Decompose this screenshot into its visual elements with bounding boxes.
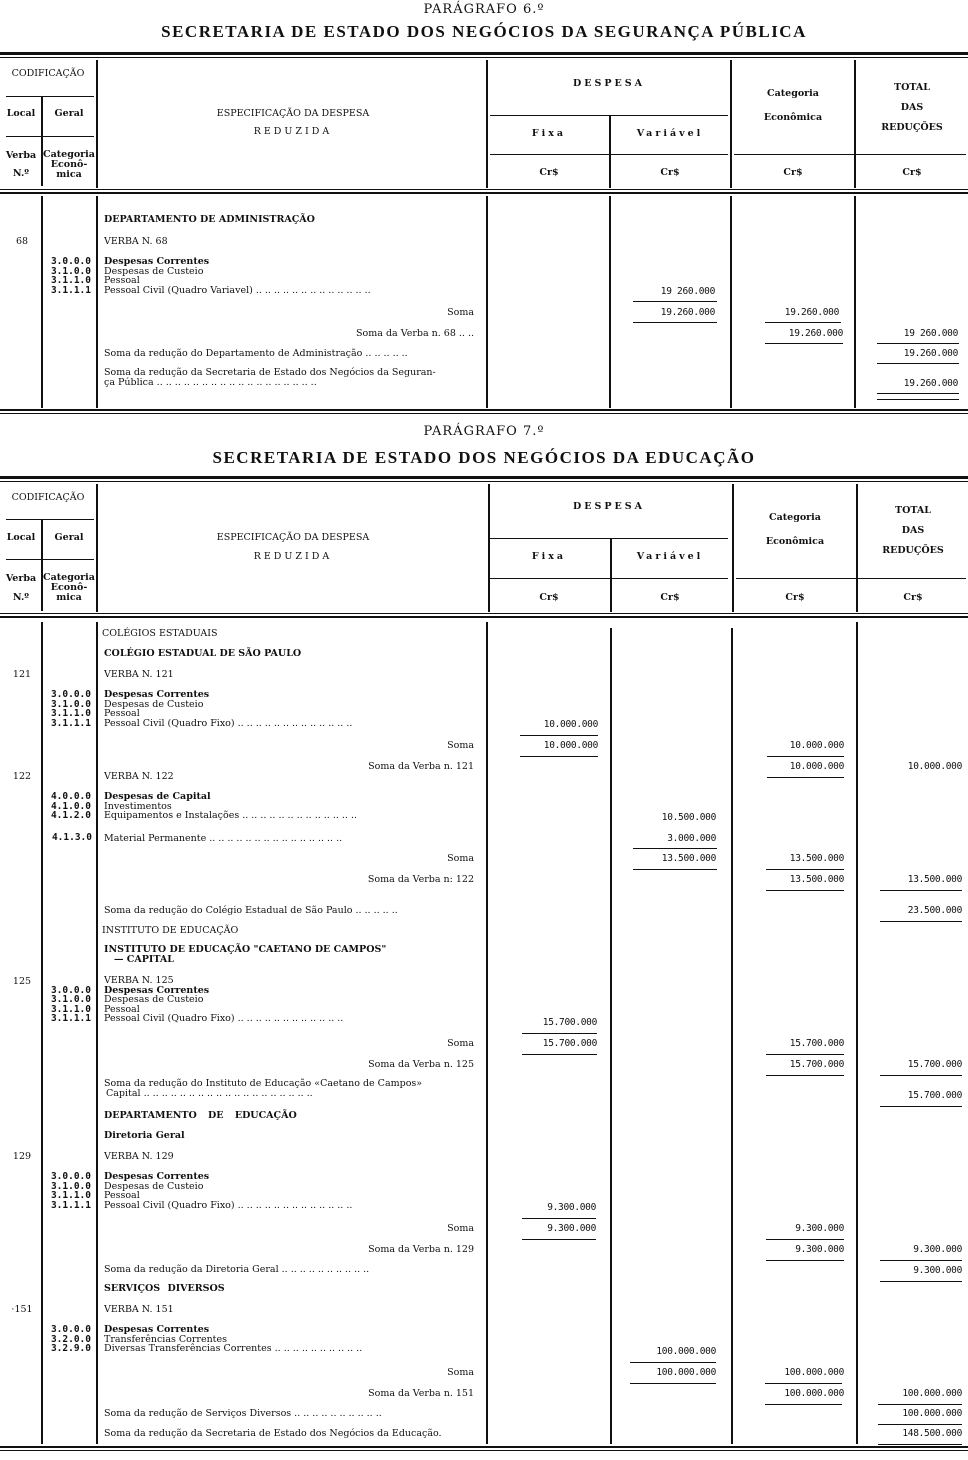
underline [765, 1404, 842, 1405]
colegio-sao-paulo: COLÉGIO ESTADUAL DE SÃO PAULO [104, 648, 301, 659]
verba-number: 121 [0, 669, 44, 680]
cat-econ-line1: Categoria [767, 88, 819, 99]
total-line1: TOTAL [895, 505, 931, 516]
col-divider [41, 196, 43, 408]
header-bottom-rule [0, 189, 968, 190]
underline [765, 322, 841, 323]
lines-block: Despesas Correntes Despesas de Custeio P… [104, 690, 352, 728]
currency-categoria: Cr$ [734, 592, 856, 604]
soma-label: Soma [104, 307, 474, 318]
local-header: Local [2, 108, 40, 120]
categoria-economica-header: CategoriaEconômica [734, 512, 856, 548]
table-top-rule-thin [0, 57, 968, 58]
soma-categoria: 13.500.000 [736, 853, 844, 864]
soma-verba-total: 19 260.000 [858, 328, 958, 339]
soma-verba-label: Soma da Verba n. 125 [104, 1059, 474, 1070]
underline [766, 890, 844, 891]
soma-categoria: 19.260.000 [735, 307, 839, 318]
currency-total: Cr$ [856, 167, 968, 179]
underline [522, 1054, 597, 1055]
underline [880, 1281, 962, 1282]
line: Despesas de Custeio [104, 1182, 352, 1192]
codes-block: 3.0.0.0 3.1.0.0 3.1.1.0 3.1.1.1 [49, 257, 93, 295]
total-reducoes-header: TOTALDASREDUÇÕES [856, 78, 968, 138]
dept-administracao: DEPARTAMENTO DE ADMINISTRAÇÃO [104, 214, 315, 225]
item-variavel: 19 260.000 [612, 286, 715, 297]
reduzida-header: REDUZIDA [100, 126, 486, 138]
soma-verba-label: Soma da Verba n: 122 [104, 874, 474, 885]
servicos-diversos: SERVIÇOS DIVERSOS [104, 1283, 225, 1294]
verba-number: 122 [0, 771, 44, 782]
reducao-sec-total: 19.260.000 [858, 378, 958, 389]
variavel-header: Variável [610, 128, 730, 140]
soma-verba-categoria: 19.260.000 [735, 328, 843, 339]
soma-verba-total: 100.000.000 [858, 1388, 962, 1399]
categoria-economica-header: CategoriaEconômica [732, 88, 854, 124]
soma-verba-categoria: 13.500.000 [736, 874, 844, 885]
lines-block: Despesas Correntes Despesas de Custeio P… [104, 1172, 352, 1210]
soma-categoria: 100.000.000 [736, 1367, 844, 1378]
code: 3.1.1.1 [49, 1014, 91, 1024]
table-top-rule [0, 476, 968, 479]
divider [6, 559, 94, 560]
underline [520, 735, 598, 736]
item-fixa: 10.000.000 [490, 719, 598, 730]
soma-verba-categoria: 15.700.000 [736, 1059, 844, 1070]
divider [6, 519, 94, 520]
item-fixa: 9.300.000 [490, 1202, 596, 1213]
underline [880, 1260, 962, 1261]
header-bottom-rule-2 [0, 192, 968, 194]
soma-variavel: 19.260.000 [612, 307, 715, 318]
col-divider [610, 538, 612, 612]
soma-categoria: 15.700.000 [736, 1038, 844, 1049]
divider [736, 578, 966, 579]
col-divider [609, 196, 611, 408]
fixa-header: Fixa [488, 128, 610, 140]
underline [878, 1404, 962, 1405]
especificacao-header: ESPECIFICAÇÃO DA DESPESA [100, 532, 486, 544]
lines-block: VERBA N. 125 Despesas Correntes Despesas… [104, 976, 343, 1024]
underline [877, 343, 959, 344]
line: Pessoal Civil (Quadro Fixo) .. .. .. .. … [104, 1014, 343, 1024]
codes-block: 3.0.0.0 3.2.0.0 3.2.9.0 [49, 1325, 93, 1354]
underline [766, 869, 844, 870]
line: Pessoal Civil (Quadro Fixo) .. .. .. .. … [104, 1201, 352, 1211]
verba-number: ·151 [0, 1304, 44, 1315]
secretaria-seguranca-title: SECRETARIA DE ESTADO DOS NEGÓCIOS DA SEG… [0, 22, 968, 42]
total-reducoes-header: TOTALDASREDUÇÕES [858, 501, 968, 561]
table-top-rule [0, 52, 968, 55]
soma-categoria: 10.000.000 [736, 740, 844, 751]
reducao-instituto-line2: Capital .. .. .. .. .. .. .. .. .. .. ..… [104, 1089, 422, 1099]
categoria-header: CategoriaEconô-mica [42, 150, 96, 180]
codes-block: 3.0.0.0 3.1.0.0 3.1.1.0 3.1.1.1 [49, 1172, 93, 1210]
soma-fixa: 10.000.000 [490, 740, 598, 751]
line-despesas-custeio: Despesas de Custeio [104, 267, 371, 277]
numero-header: N.º [2, 168, 40, 180]
soma-label: Soma [104, 1367, 474, 1378]
verba-number: 129 [0, 1151, 44, 1162]
soma-label: Soma [104, 740, 474, 751]
col-divider [96, 484, 98, 612]
soma-verba-categoria: 10.000.000 [736, 761, 844, 772]
table-bottom-rule [0, 409, 968, 411]
header-bottom-rule-2 [0, 616, 968, 618]
total-line2: DAS [901, 102, 923, 113]
table-bottom-rule-2 [0, 1450, 968, 1451]
dept-educacao: DEPARTAMENTO DE EDUCAÇÃO [104, 1110, 297, 1121]
verba-number: 68 [0, 236, 44, 247]
paragrafo-6-label: PARÁGRAFO 6.º [0, 2, 968, 17]
underline [880, 1075, 962, 1076]
codes-block: 3.0.0.0 3.1.0.0 3.1.1.0 3.1.1.1 [49, 986, 93, 1024]
material-permanente: Material Permanente .. .. .. .. .. .. ..… [104, 833, 342, 844]
line: Equipamentos e Instalações .. .. .. .. .… [104, 811, 357, 821]
col-divider [854, 196, 856, 408]
reducao-dept-label: Soma da redução do Departamento de Admin… [104, 348, 408, 359]
col-divider [488, 484, 490, 612]
diretoria-geral: Diretoria Geral [104, 1130, 185, 1141]
line: Diversas Transferências Correntes .. .. … [104, 1344, 362, 1354]
soma-fixa: 9.300.000 [490, 1223, 596, 1234]
currency-variavel: Cr$ [610, 592, 730, 604]
underline [765, 343, 843, 344]
col-divider [730, 60, 732, 188]
reducao-servicos-label: Soma da redução de Serviços Diversos .. … [104, 1408, 382, 1419]
numero-header: N.º [2, 592, 40, 604]
soma-verba-label: Soma da Verba n. 68 .. .. [104, 328, 474, 339]
cat-econ-line2: Econômica [764, 112, 822, 123]
col-divider [486, 622, 488, 1444]
reducao-diretoria-label: Soma da redução da Diretoria Geral .. ..… [104, 1264, 369, 1275]
currency-fixa: Cr$ [488, 167, 610, 179]
verba-header: Verba [2, 573, 40, 585]
underline [522, 1239, 596, 1240]
verba-label: VERBA N. 121 [104, 669, 174, 680]
total-line1: TOTAL [894, 82, 930, 93]
code: 3.1.1.1 [49, 286, 91, 296]
code: 4.1.3.0 [50, 833, 92, 843]
code: 3.1.1.1 [49, 1201, 91, 1211]
col-divider [96, 60, 98, 188]
col-divider [96, 196, 98, 408]
soma-verba-label: Soma da Verba n. 129 [104, 1244, 474, 1255]
categoria-header: CategoriaEconô-mica [42, 573, 96, 603]
local-header: Local [2, 532, 40, 544]
col-divider [486, 196, 488, 408]
underline [633, 301, 717, 302]
col-divider [41, 622, 43, 1444]
soma-label: Soma [104, 853, 474, 864]
underline [880, 1106, 962, 1107]
line: Pessoal Civil (Quadro Fixo) .. .. .. .. … [104, 719, 352, 729]
reducao-sec-educacao-total: 148.500.000 [858, 1428, 962, 1439]
especificacao-header: ESPECIFICAÇÃO DA DESPESA [100, 108, 486, 120]
geral-header: Geral [44, 108, 94, 120]
underline [877, 363, 959, 364]
col-divider [856, 484, 858, 612]
item-fixa: 15.700.000 [490, 1017, 597, 1028]
line: Despesas de Custeio [104, 700, 352, 710]
reducao-instituto-label: Soma da redução do Instituto de Educação… [104, 1079, 422, 1099]
reducao-dept-total: 19.260.000 [858, 348, 958, 359]
soma-verba-label: Soma da Verba n. 151 [104, 1388, 474, 1399]
underline [767, 756, 844, 757]
underline [633, 848, 717, 849]
codes-block: 3.0.0.0 3.1.0.0 3.1.1.0 3.1.1.1 [49, 690, 93, 728]
verba-header: Verba [2, 150, 40, 162]
soma-verba-categoria: 9.300.000 [736, 1244, 844, 1255]
col-divider [732, 484, 734, 612]
underline [880, 890, 962, 891]
soma-variavel: 13.500.000 [612, 853, 716, 864]
total-line3: REDUÇÕES [881, 122, 943, 133]
divider [6, 96, 94, 97]
soma-categoria: 9.300.000 [736, 1223, 844, 1234]
soma-fixa: 15.700.000 [490, 1038, 597, 1049]
code: 3.2.9.0 [49, 1344, 91, 1354]
underline [880, 921, 962, 922]
soma-label: Soma [104, 1223, 474, 1234]
variavel-header: Variável [610, 551, 730, 563]
material-variavel: 3.000.000 [612, 833, 716, 844]
soma-verba-categoria: 100.000.000 [736, 1388, 844, 1399]
underline [767, 777, 844, 778]
soma-verba-total: 10.000.000 [858, 761, 962, 772]
line-pessoal-civil: Pessoal Civil (Quadro Variavel) .. .. ..… [104, 286, 371, 296]
secretaria-educacao-title: SECRETARIA DE ESTADO DOS NEGÓCIOS DA EDU… [0, 448, 968, 468]
table-bottom-rule-2 [0, 413, 968, 414]
col-divider [486, 60, 488, 188]
verba-label: VERBA N. 129 [104, 1151, 174, 1162]
lines-block: Despesas de Capital Investimentos Equipa… [104, 792, 357, 821]
economica-text: Econô-mica [51, 582, 88, 603]
underline [630, 1383, 716, 1384]
reducao-sec-label: Soma da redução da Secretaria de Estado … [104, 368, 436, 388]
reducao-colegio-total: 23.500.000 [858, 905, 962, 916]
divider [490, 578, 728, 579]
currency-variavel: Cr$ [610, 167, 730, 179]
verba-label: VERBA N. 68 [104, 236, 168, 247]
underline [520, 756, 598, 757]
cat-econ-line2: Econômica [766, 536, 824, 547]
reduzida-header: REDUZIDA [100, 551, 486, 563]
reducao-diretoria-total: 9.300.000 [858, 1265, 962, 1276]
fixa-header: Fixa [488, 551, 610, 563]
economica-text: Econô-mica [51, 159, 88, 180]
col-divider [731, 628, 733, 1444]
col-divider [610, 628, 612, 1444]
instituto-caetano: INSTITUTO DE EDUCAÇÃO "CAETANO DE CAMPOS… [104, 945, 386, 965]
underline [630, 1362, 716, 1363]
soma-verba-total: 9.300.000 [858, 1244, 962, 1255]
double-underline [877, 393, 959, 400]
underline [633, 869, 717, 870]
geral-header: Geral [44, 532, 94, 544]
reducao-servicos-total: 100.000.000 [858, 1408, 962, 1419]
col-divider [41, 96, 43, 186]
underline [766, 1054, 844, 1055]
equip-variavel: 10.500.000 [612, 812, 716, 823]
codificacao-header: CODIFICAÇÃO [0, 492, 96, 504]
underline [522, 1218, 596, 1219]
instituto-caetano-line2: — CAPITAL [104, 955, 386, 965]
soma-verba-total: 13.500.000 [858, 874, 962, 885]
underline [766, 1239, 844, 1240]
divider [490, 538, 728, 539]
soma-verba-total: 15.700.000 [858, 1059, 962, 1070]
col-divider [856, 622, 858, 1444]
colegios-estaduais: COLÉGIOS ESTADUAIS [102, 628, 218, 639]
cat-econ-line1: Categoria [769, 512, 821, 523]
item-variavel: 100.000.000 [612, 1346, 716, 1357]
underline [766, 1260, 844, 1261]
reducao-sec-educacao-label: Soma da redução da Secretaria de Estado … [104, 1428, 442, 1439]
underline [522, 1033, 597, 1034]
code: 3.1.1.1 [49, 719, 91, 729]
soma-label: Soma [104, 1038, 474, 1049]
paragrafo-7-label: PARÁGRAFO 7.º [0, 424, 968, 439]
codificacao-header: CODIFICAÇÃO [0, 68, 96, 80]
currency-fixa: Cr$ [488, 592, 610, 604]
soma-variavel: 100.000.000 [612, 1367, 716, 1378]
table-top-rule-thin [0, 481, 968, 482]
divider [734, 154, 966, 155]
code: 4.1.2.0 [49, 811, 91, 821]
col-divider [96, 622, 98, 1444]
despesa-header: DESPESA [488, 78, 730, 90]
codes-block: 4.0.0.0 4.1.0.0 4.1.2.0 [49, 792, 93, 821]
reducao-colegio-label: Soma da redução do Colégio Estadual de S… [104, 905, 398, 916]
despesa-header: DESPESA [488, 501, 730, 513]
col-divider [41, 519, 43, 611]
col-divider [854, 60, 856, 188]
header-bottom-rule [0, 613, 968, 614]
underline [766, 1075, 844, 1076]
underline [765, 1383, 842, 1384]
currency-categoria: Cr$ [732, 167, 854, 179]
total-line3: REDUÇÕES [882, 545, 944, 556]
verba-label: VERBA N. 122 [104, 771, 174, 782]
verba-number: 125 [0, 976, 44, 987]
reducao-sec-line2: ça Pública .. .. .. .. .. .. .. .. .. ..… [104, 378, 436, 388]
verba-label: VERBA N. 151 [104, 1304, 174, 1315]
instituto-educacao: INSTITUTO DE EDUCAÇÃO [102, 925, 238, 936]
line: Despesas de Custeio [104, 995, 343, 1005]
lines-block: Despesas Correntes Transferências Corren… [104, 1325, 362, 1354]
underline [878, 1424, 962, 1425]
lines-block: Despesas Correntes Despesas de Custeio P… [104, 257, 371, 295]
table-bottom-rule [0, 1446, 968, 1448]
divider [6, 136, 94, 137]
col-divider [730, 196, 732, 408]
underline [633, 322, 717, 323]
col-divider [609, 115, 611, 188]
currency-total: Cr$ [858, 592, 968, 604]
total-line2: DAS [902, 525, 924, 536]
reducao-instituto-total: 15.700.000 [858, 1090, 962, 1101]
